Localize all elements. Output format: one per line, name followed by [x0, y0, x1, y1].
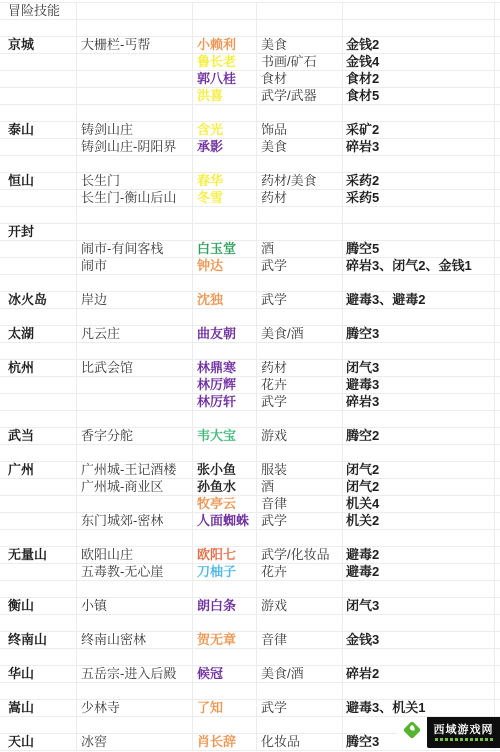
location-cell	[77, 309, 193, 325]
spacer-cell	[495, 173, 500, 189]
npc-name-cell: 朗白条	[193, 598, 257, 614]
npc-name-cell: 候冠	[193, 666, 257, 682]
table-row: 长生门-衡山后山 冬雪 药材 采药5	[0, 190, 500, 207]
gift-category-cell	[257, 581, 343, 597]
location-cell: 香字分舵	[77, 428, 193, 444]
skill-requirement-cell	[343, 207, 495, 223]
gift-category-cell: 酒	[257, 241, 343, 257]
npc-name-cell	[193, 224, 257, 240]
gift-category-cell	[257, 224, 343, 240]
table-row: 郭八桂 食材 食材2	[0, 71, 500, 88]
skill-requirement-cell: 食材2	[343, 71, 495, 87]
gift-category-cell: 食材	[257, 71, 343, 87]
region-cell: 终南山	[0, 632, 77, 648]
table-row: 冰火岛 岸边 沈独 武学 避毒3、避毒2	[0, 292, 500, 309]
location-cell: 比武会馆	[77, 360, 193, 376]
table-row: 林厉轩 武学 碎岩3	[0, 394, 500, 411]
npc-name-cell	[193, 3, 257, 19]
region-cell: 冰火岛	[0, 292, 77, 308]
skill-requirement-cell: 闭气2	[343, 462, 495, 478]
npc-name-cell	[193, 615, 257, 631]
location-cell	[77, 343, 193, 359]
region-cell: 华山	[0, 666, 77, 682]
gift-category-cell: 药材	[257, 360, 343, 376]
spacer-cell	[495, 71, 500, 87]
gift-category-cell	[257, 20, 343, 36]
table-row: 东门城郊-密林 人面蜘蛛 武学 机关2	[0, 513, 500, 530]
table-row: 五毒教-无心崖 刀柚子 花卉 避毒2	[0, 564, 500, 581]
npc-name-cell: 张小鱼	[193, 462, 257, 478]
skill-requirement-cell: 避毒3	[343, 377, 495, 393]
skill-requirement-cell	[343, 156, 495, 172]
npc-name-cell: 春华	[193, 173, 257, 189]
table-row: 广州城-商业区 孙鱼水 酒 闭气2	[0, 479, 500, 496]
spacer-cell	[495, 190, 500, 206]
location-cell: 少林寺	[77, 700, 193, 716]
location-cell: 闹市	[77, 258, 193, 274]
location-cell	[77, 649, 193, 665]
npc-name-cell: 冬雪	[193, 190, 257, 206]
region-cell	[0, 445, 77, 461]
gift-category-cell	[257, 275, 343, 291]
region-cell	[0, 258, 77, 274]
location-cell	[77, 3, 193, 19]
location-cell	[77, 105, 193, 121]
watermark-tagline-strip	[435, 738, 493, 741]
spacer-cell	[495, 496, 500, 512]
location-cell: 岸边	[77, 292, 193, 308]
region-cell	[0, 496, 77, 512]
table-row: 泰山 铸剑山庄 含光 饰品 采矿2	[0, 122, 500, 139]
region-cell	[0, 71, 77, 87]
location-cell	[77, 88, 193, 104]
skill-requirement-cell: 避毒2	[343, 564, 495, 580]
table-row: 太湖 凡云庄 曲友朝 美食/酒 腾空3	[0, 326, 500, 343]
region-cell	[0, 309, 77, 325]
npc-name-cell	[193, 683, 257, 699]
skill-requirement-cell	[343, 309, 495, 325]
region-cell	[0, 530, 77, 546]
spacer-cell	[495, 224, 500, 240]
table-row: 闹市 钟达 武学 碎岩3、闭气2、金钱1	[0, 258, 500, 275]
region-cell	[0, 105, 77, 121]
spacer-cell	[495, 309, 500, 325]
npc-name-cell: 孙鱼水	[193, 479, 257, 495]
location-cell	[77, 530, 193, 546]
region-cell	[0, 139, 77, 155]
location-cell: 铸剑山庄	[77, 122, 193, 138]
npc-name-cell	[193, 445, 257, 461]
spacer-cell	[495, 360, 500, 376]
gift-category-cell: 美食/酒	[257, 666, 343, 682]
skill-requirement-cell	[343, 224, 495, 240]
table-row: 冒险技能	[0, 3, 500, 20]
location-cell: 长生门-衡山后山	[77, 190, 193, 206]
watermark-site-name: 西域游戏网	[434, 724, 494, 737]
skill-requirement-cell	[343, 343, 495, 359]
skill-requirement-cell: 腾空3	[343, 326, 495, 342]
gift-category-cell: 音律	[257, 632, 343, 648]
gift-category-cell	[257, 309, 343, 325]
location-cell	[77, 411, 193, 427]
npc-name-cell: 了知	[193, 700, 257, 716]
table-row	[0, 156, 500, 173]
gift-category-cell: 药材/美食	[257, 173, 343, 189]
location-cell	[77, 496, 193, 512]
gift-category-cell	[257, 105, 343, 121]
npc-name-cell: 含光	[193, 122, 257, 138]
npc-name-cell	[193, 343, 257, 359]
location-cell	[77, 207, 193, 223]
gift-category-cell: 武学	[257, 292, 343, 308]
npc-name-cell: 沈独	[193, 292, 257, 308]
gift-category-cell	[257, 683, 343, 699]
spacer-cell	[495, 649, 500, 665]
table-row	[0, 445, 500, 462]
location-cell	[77, 394, 193, 410]
spacer-cell	[495, 598, 500, 614]
npc-name-cell: 牧亭云	[193, 496, 257, 512]
leaf-diamond-icon	[401, 719, 423, 746]
skill-requirement-cell	[343, 20, 495, 36]
table-row: 铸剑山庄-阴阳界 承影 美食 碎岩3	[0, 139, 500, 156]
spacer-cell	[495, 377, 500, 393]
npc-name-cell	[193, 717, 257, 733]
spacer-cell	[495, 292, 500, 308]
location-cell	[77, 156, 193, 172]
table-row	[0, 649, 500, 666]
region-cell	[0, 207, 77, 223]
gift-category-cell: 花卉	[257, 564, 343, 580]
gift-category-cell: 游戏	[257, 428, 343, 444]
table-row: 华山 五岳宗-进入后殿 候冠 美食/酒 碎岩2	[0, 666, 500, 683]
npc-name-cell: 白玉堂	[193, 241, 257, 257]
npc-name-cell: 林鼎寒	[193, 360, 257, 376]
table-row	[0, 530, 500, 547]
region-cell: 广州	[0, 462, 77, 478]
spacer-cell	[495, 411, 500, 427]
region-cell	[0, 241, 77, 257]
gift-category-cell: 武学	[257, 258, 343, 274]
gift-category-cell: 游戏	[257, 598, 343, 614]
table-row	[0, 20, 500, 37]
table-row: 京城 大栅栏-丐帮 小赖利 美食 金钱2	[0, 37, 500, 54]
spacer-cell	[495, 37, 500, 53]
table-row: 洪喜 武学/武器 食材5	[0, 88, 500, 105]
skill-requirement-cell: 闭气3	[343, 598, 495, 614]
region-cell	[0, 513, 77, 529]
region-cell: 开封	[0, 224, 77, 240]
region-cell	[0, 479, 77, 495]
gift-category-cell: 武学	[257, 513, 343, 529]
skill-requirement-cell: 碎岩3	[343, 139, 495, 155]
gift-category-cell: 药材	[257, 190, 343, 206]
gift-category-cell: 武学	[257, 394, 343, 410]
spacer-cell	[495, 445, 500, 461]
spacer-cell	[495, 139, 500, 155]
watermark: 西域游戏网	[397, 717, 500, 748]
gift-category-cell	[257, 530, 343, 546]
region-cell: 恒山	[0, 173, 77, 189]
location-cell: 长生门	[77, 173, 193, 189]
spacer-cell	[495, 462, 500, 478]
gift-category-cell	[257, 207, 343, 223]
location-cell	[77, 445, 193, 461]
skill-requirement-cell	[343, 3, 495, 19]
location-cell	[77, 717, 193, 733]
region-cell	[0, 20, 77, 36]
region-cell: 太湖	[0, 326, 77, 342]
table-row	[0, 275, 500, 292]
spacer-cell	[495, 513, 500, 529]
location-cell	[77, 377, 193, 393]
table-row: 广州 广州城-王记酒楼 张小鱼 服装 闭气2	[0, 462, 500, 479]
region-cell: 杭州	[0, 360, 77, 376]
location-cell: 广州城-王记酒楼	[77, 462, 193, 478]
skill-requirement-cell: 闭气3	[343, 360, 495, 376]
gift-category-cell	[257, 343, 343, 359]
npc-name-cell: 郭八桂	[193, 71, 257, 87]
spacer-cell	[495, 207, 500, 223]
region-cell: 京城	[0, 37, 77, 53]
table-row: 林厉辉 花卉 避毒3	[0, 377, 500, 394]
region-cell	[0, 156, 77, 172]
npc-name-cell	[193, 207, 257, 223]
region-cell	[0, 411, 77, 427]
region-cell	[0, 717, 77, 733]
spacer-cell	[495, 581, 500, 597]
npc-name-cell: 人面蜘蛛	[193, 513, 257, 529]
location-cell: 凡云庄	[77, 326, 193, 342]
npc-name-cell	[193, 20, 257, 36]
spacer-cell	[495, 105, 500, 121]
table-row: 鲁长老 书画/矿石 金钱4	[0, 54, 500, 71]
skill-requirement-cell	[343, 445, 495, 461]
npc-name-cell: 贺无章	[193, 632, 257, 648]
npc-name-cell: 刀柚子	[193, 564, 257, 580]
npc-name-cell	[193, 530, 257, 546]
location-cell: 大栅栏-丐帮	[77, 37, 193, 53]
skill-requirement-cell: 机关4	[343, 496, 495, 512]
npc-name-cell	[193, 105, 257, 121]
spacer-cell	[495, 632, 500, 648]
npc-name-cell: 钟达	[193, 258, 257, 274]
skill-requirement-cell	[343, 530, 495, 546]
gift-category-cell: 饰品	[257, 122, 343, 138]
skill-requirement-cell	[343, 105, 495, 121]
spacer-cell	[495, 54, 500, 70]
table-row: 无量山 欧阳山庄 欧阳七 武学/化妆品 避毒2	[0, 547, 500, 564]
location-cell	[77, 581, 193, 597]
table-row: 恒山 长生门 春华 药材/美食 采药2	[0, 173, 500, 190]
gift-category-cell: 服装	[257, 462, 343, 478]
location-cell: 小镇	[77, 598, 193, 614]
skill-requirement-cell: 避毒3、机关1	[343, 700, 495, 716]
skill-requirement-cell: 金钱3	[343, 632, 495, 648]
spacer-cell	[495, 666, 500, 682]
region-cell: 冒险技能	[0, 3, 77, 19]
region-cell: 衡山	[0, 598, 77, 614]
skill-requirement-cell: 金钱2	[343, 37, 495, 53]
table-body: 冒险技能 京城 大栅栏-丐帮 小赖利 美食 金钱2 鲁长老 书画/矿石 金钱4 …	[0, 2, 500, 751]
table-row	[0, 309, 500, 326]
table-row: 开封	[0, 224, 500, 241]
region-cell	[0, 190, 77, 206]
skill-requirement-cell	[343, 581, 495, 597]
skill-requirement-cell: 金钱4	[343, 54, 495, 70]
gift-category-cell	[257, 411, 343, 427]
location-cell: 闹市-有间客栈	[77, 241, 193, 257]
table-row	[0, 615, 500, 632]
gift-category-cell	[257, 649, 343, 665]
npc-name-cell	[193, 581, 257, 597]
region-cell	[0, 377, 77, 393]
region-cell	[0, 88, 77, 104]
region-cell: 嵩山	[0, 700, 77, 716]
spacer-cell	[495, 394, 500, 410]
npc-name-cell	[193, 156, 257, 172]
spacer-cell	[495, 275, 500, 291]
skill-requirement-cell: 避毒2	[343, 547, 495, 563]
npc-name-cell: 肖长辞	[193, 734, 257, 750]
spacer-cell	[495, 156, 500, 172]
skill-requirement-cell	[343, 411, 495, 427]
npc-name-cell	[193, 275, 257, 291]
spacer-cell	[495, 241, 500, 257]
region-cell: 泰山	[0, 122, 77, 138]
spacer-cell	[495, 122, 500, 138]
table-row	[0, 343, 500, 360]
region-cell	[0, 54, 77, 70]
spacer-cell	[495, 479, 500, 495]
npc-name-cell: 韦大宝	[193, 428, 257, 444]
table-row: 嵩山 少林寺 了知 武学 避毒3、机关1	[0, 700, 500, 717]
npc-name-cell: 承影	[193, 139, 257, 155]
skill-requirement-cell: 碎岩2	[343, 666, 495, 682]
skill-requirement-cell	[343, 615, 495, 631]
watermark-panel: 西域游戏网	[427, 717, 500, 748]
location-cell: 五岳宗-进入后殿	[77, 666, 193, 682]
npc-name-cell: 曲友朝	[193, 326, 257, 342]
adventure-skills-table: 冒险技能 京城 大栅栏-丐帮 小赖利 美食 金钱2 鲁长老 书画/矿石 金钱4 …	[0, 0, 500, 752]
location-cell	[77, 615, 193, 631]
gift-category-cell	[257, 717, 343, 733]
npc-name-cell: 林厉轩	[193, 394, 257, 410]
gift-category-cell: 美食	[257, 37, 343, 53]
location-cell	[77, 54, 193, 70]
table-row: 武当 香字分舵 韦大宝 游戏 腾空2	[0, 428, 500, 445]
skill-requirement-cell: 腾空2	[343, 428, 495, 444]
region-cell	[0, 649, 77, 665]
npc-name-cell: 小赖利	[193, 37, 257, 53]
gift-category-cell: 武学	[257, 700, 343, 716]
spacer-cell	[495, 343, 500, 359]
spacer-cell	[495, 615, 500, 631]
spacer-cell	[495, 530, 500, 546]
region-cell	[0, 683, 77, 699]
spacer-cell	[495, 428, 500, 444]
npc-name-cell	[193, 649, 257, 665]
location-cell: 铸剑山庄-阴阳界	[77, 139, 193, 155]
skill-requirement-cell	[343, 649, 495, 665]
table-row	[0, 105, 500, 122]
skill-requirement-cell	[343, 683, 495, 699]
spacer-cell	[495, 20, 500, 36]
region-cell	[0, 343, 77, 359]
spacer-cell	[495, 547, 500, 563]
location-cell	[77, 71, 193, 87]
location-cell: 五毒教-无心崖	[77, 564, 193, 580]
region-cell: 天山	[0, 734, 77, 750]
region-cell	[0, 394, 77, 410]
npc-name-cell: 洪喜	[193, 88, 257, 104]
location-cell: 欧阳山庄	[77, 547, 193, 563]
table-row	[0, 581, 500, 598]
gift-category-cell: 酒	[257, 479, 343, 495]
location-cell	[77, 20, 193, 36]
skill-requirement-cell: 食材5	[343, 88, 495, 104]
watermark-logo-box	[397, 717, 427, 748]
table-row	[0, 683, 500, 700]
region-cell	[0, 615, 77, 631]
region-cell: 武当	[0, 428, 77, 444]
skill-requirement-cell: 闭气2	[343, 479, 495, 495]
region-cell	[0, 581, 77, 597]
gift-category-cell: 花卉	[257, 377, 343, 393]
gift-category-cell: 书画/矿石	[257, 54, 343, 70]
table-row	[0, 207, 500, 224]
skill-requirement-cell: 机关2	[343, 513, 495, 529]
skill-requirement-cell: 避毒3、避毒2	[343, 292, 495, 308]
gift-category-cell	[257, 3, 343, 19]
skill-requirement-cell: 采药5	[343, 190, 495, 206]
npc-name-cell: 鲁长老	[193, 54, 257, 70]
gift-category-cell: 武学/武器	[257, 88, 343, 104]
spacer-cell	[495, 683, 500, 699]
gift-category-cell	[257, 445, 343, 461]
skill-requirement-cell: 采药2	[343, 173, 495, 189]
gift-category-cell: 美食/酒	[257, 326, 343, 342]
region-cell	[0, 564, 77, 580]
location-cell	[77, 224, 193, 240]
npc-name-cell	[193, 309, 257, 325]
gift-category-cell	[257, 156, 343, 172]
spacer-cell	[495, 258, 500, 274]
table-row: 衡山 小镇 朗白条 游戏 闭气3	[0, 598, 500, 615]
region-cell	[0, 275, 77, 291]
spacer-cell	[495, 88, 500, 104]
npc-name-cell: 林厉辉	[193, 377, 257, 393]
location-cell: 终南山密林	[77, 632, 193, 648]
skill-requirement-cell	[343, 275, 495, 291]
gift-category-cell	[257, 615, 343, 631]
skill-requirement-cell: 采矿2	[343, 122, 495, 138]
table-row: 终南山 终南山密林 贺无章 音律 金钱3	[0, 632, 500, 649]
spacer-cell	[495, 3, 500, 19]
skill-requirement-cell: 碎岩3、闭气2、金钱1	[343, 258, 495, 274]
location-cell	[77, 275, 193, 291]
location-cell	[77, 683, 193, 699]
gift-category-cell: 化妆品	[257, 734, 343, 750]
npc-name-cell	[193, 411, 257, 427]
region-cell: 无量山	[0, 547, 77, 563]
npc-name-cell: 欧阳七	[193, 547, 257, 563]
gift-category-cell: 武学/化妆品	[257, 547, 343, 563]
spacer-cell	[495, 326, 500, 342]
location-cell: 广州城-商业区	[77, 479, 193, 495]
location-cell: 冰窖	[77, 734, 193, 750]
table-row: 牧亭云 音律 机关4	[0, 496, 500, 513]
